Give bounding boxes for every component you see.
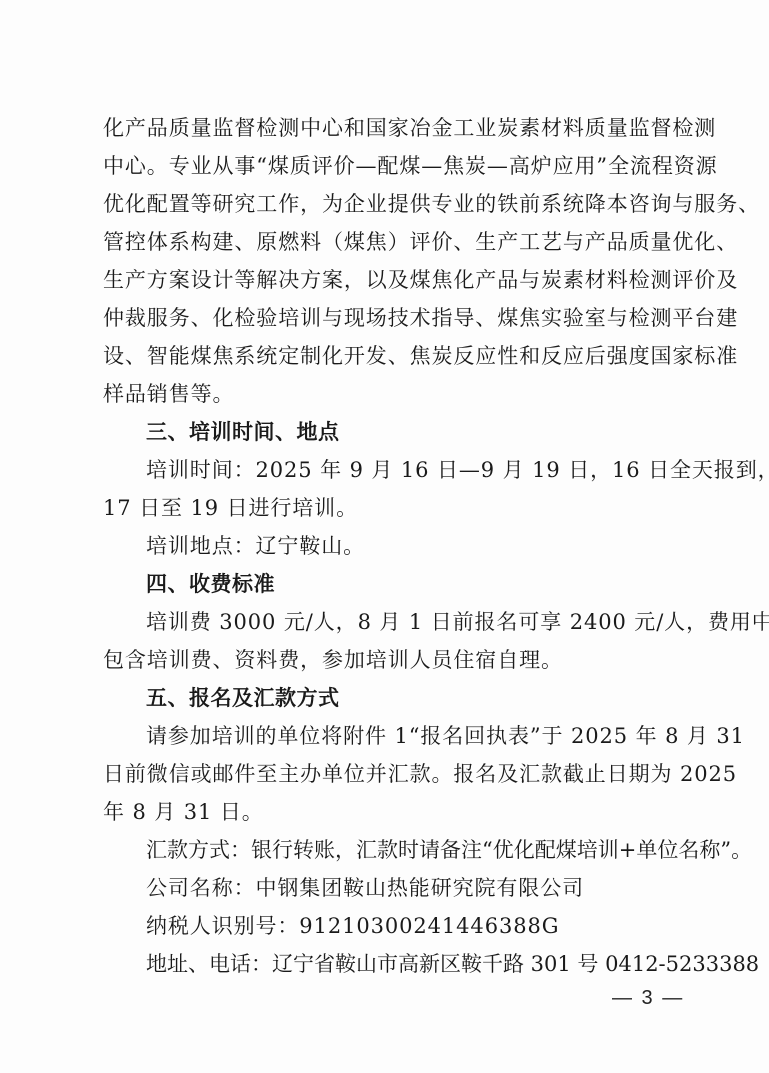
paragraph-line: 仲裁服务、化检验培训与现场技术指导、煤焦实验室与检测平台建: [103, 305, 683, 331]
paragraph-line: 样品销售等。: [103, 381, 683, 407]
remittance-method: 汇款方式：银行转账，汇款时请备注“优化配煤培训+单位名称”。: [146, 837, 726, 863]
section-heading-registration: 五、报名及汇款方式: [146, 685, 726, 711]
section-heading-fees: 四、收费标准: [146, 571, 726, 597]
registration-line: 请参加培训的单位将附件 1“报名回执表”于 2025 年 8 月 31: [146, 723, 726, 749]
fee-line: 包含培训费、资料费，参加培训人员住宿自理。: [103, 647, 683, 673]
document-page: 化产品质量监督检测中心和国家冶金工业炭素材料质量监督检测 中心。专业从事“煤质评…: [0, 0, 769, 1073]
paragraph-line: 管控体系构建、原燃料（煤焦）评价、生产工艺与产品质量优化、: [103, 229, 683, 255]
training-time-line: 培训时间：2025 年 9 月 16 日—9 月 19 日，16 日全天报到，: [146, 457, 726, 483]
paragraph-line: 化产品质量监督检测中心和国家冶金工业炭素材料质量监督检测: [103, 115, 683, 141]
training-time-line: 17 日至 19 日进行培训。: [103, 495, 683, 521]
paragraph-line: 设、智能煤焦系统定制化开发、焦炭反应性和反应后强度国家标准: [103, 343, 683, 369]
paragraph-line: 中心。专业从事“煤质评价—配煤—焦炭—高炉应用”全流程资源: [103, 153, 683, 179]
paragraph-line: 优化配置等研究工作，为企业提供专业的铁前系统降本咨询与服务、: [103, 191, 683, 217]
address-phone: 地址、电话：辽宁省鞍山市高新区鞍千路 301 号 0412-5233388: [146, 951, 726, 977]
paragraph-line: 生产方案设计等解决方案，以及煤焦化产品与炭素材料检测评价及: [103, 267, 683, 293]
registration-line: 日前微信或邮件至主办单位并汇款。报名及汇款截止日期为 2025: [103, 761, 683, 787]
section-heading-training-time-location: 三、培训时间、地点: [146, 419, 726, 445]
company-name: 公司名称：中钢集团鞍山热能研究院有限公司: [146, 875, 726, 901]
registration-line: 年 8 月 31 日。: [103, 799, 683, 825]
page-number: — 3 —: [612, 987, 684, 1010]
fee-line: 培训费 3000 元/人，8 月 1 日前报名可享 2400 元/人，费用中: [146, 609, 726, 635]
training-location: 培训地点：辽宁鞍山。: [146, 533, 726, 559]
tax-id: 纳税人识别号：91210300241446388G: [146, 913, 726, 939]
